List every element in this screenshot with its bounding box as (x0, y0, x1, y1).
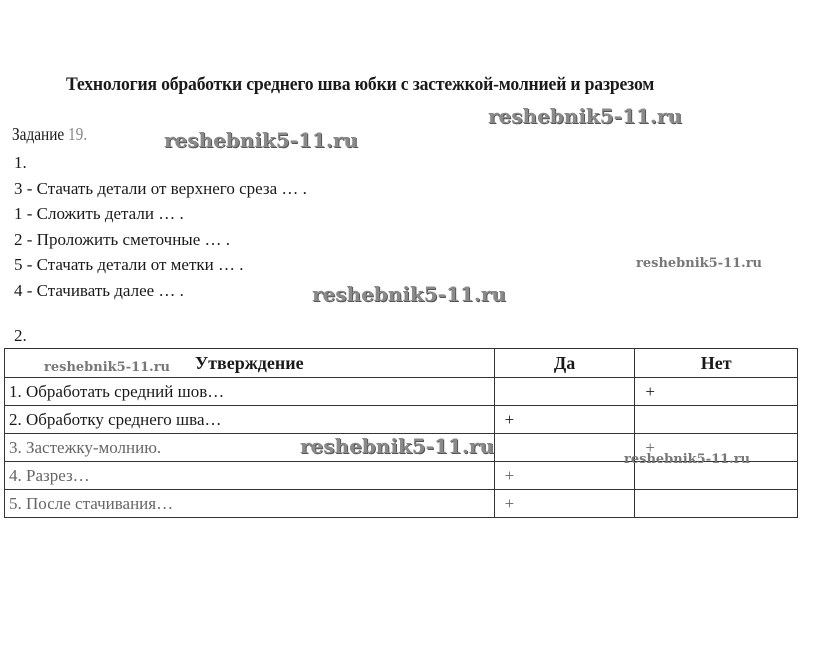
watermark: reshebnik5-11.ru (300, 434, 494, 458)
statement-cell: 4. Разрез… (5, 462, 495, 490)
document-title: Технология обработки среднего шва юбки с… (66, 74, 654, 96)
header-no: Нет (635, 349, 798, 378)
yes-cell (494, 434, 635, 462)
yes-cell: + (494, 462, 635, 490)
section-1: 1. 3 - Стачать детали от верхнего среза … (14, 150, 307, 303)
step-line: 2 - Проложить сметочные … . (14, 227, 307, 253)
task-number: 19. (68, 124, 87, 144)
table-row: 2. Обработку среднего шва… + (5, 406, 798, 434)
statement-cell: 5. После стачивания… (5, 490, 495, 518)
task-label: Задание 19. (12, 124, 87, 145)
statement-cell: 2. Обработку среднего шва… (5, 406, 495, 434)
yes-cell: + (494, 490, 635, 518)
yes-cell (494, 378, 635, 406)
step-line: 3 - Стачать детали от верхнего среза … . (14, 176, 307, 202)
section-1-heading: 1. (14, 150, 307, 176)
table-row: 5. После стачивания… + (5, 490, 798, 518)
no-cell (635, 490, 798, 518)
watermark: reshebnik5-11.ru (164, 128, 358, 152)
watermark: reshebnik5-11.ru (624, 452, 750, 467)
yes-cell: + (494, 406, 635, 434)
step-line: 1 - Сложить детали … . (14, 201, 307, 227)
step-line: 4 - Стачивать далее … . (14, 278, 307, 304)
watermark: reshebnik5-11.ru (636, 256, 762, 271)
no-cell (635, 406, 798, 434)
no-cell: + (635, 378, 798, 406)
header-yes: Да (494, 349, 635, 378)
table-row: 1. Обработать средний шов… + (5, 378, 798, 406)
task-word: Задание (12, 124, 64, 144)
statement-cell: 1. Обработать средний шов… (5, 378, 495, 406)
watermark: reshebnik5-11.ru (44, 360, 170, 375)
section-2-heading: 2. (14, 326, 27, 346)
watermark: reshebnik5-11.ru (312, 282, 506, 306)
step-line: 5 - Стачать детали от метки … . (14, 252, 307, 278)
watermark: reshebnik5-11.ru (488, 104, 682, 128)
